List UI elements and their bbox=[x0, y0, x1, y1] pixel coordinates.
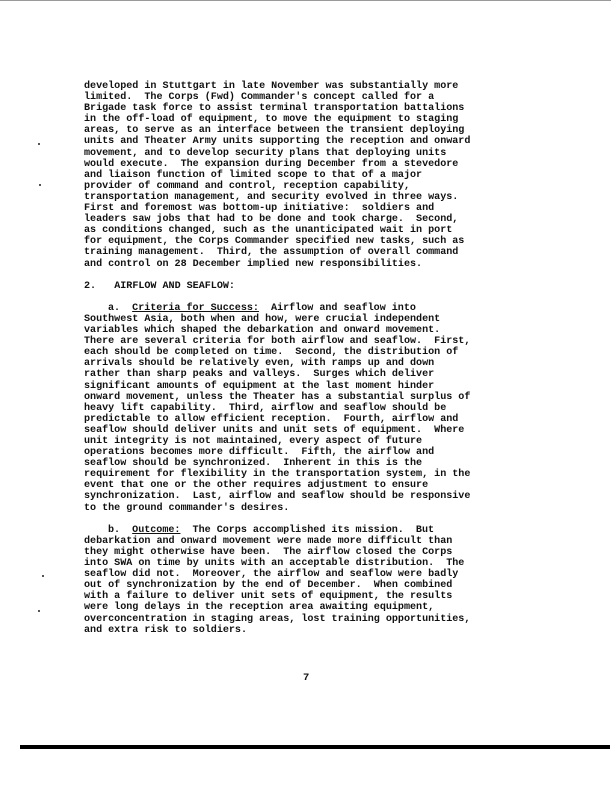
text-line: arrivals should be relatively even, with… bbox=[84, 358, 554, 369]
subsection-b-first-line: b. Outcome: The Corps accomplished its m… bbox=[84, 525, 554, 536]
text-line: debarkation and onward movement were mad… bbox=[84, 536, 554, 547]
text-line: overconcentration in staging areas, lost… bbox=[84, 614, 554, 625]
text-line: each should be completed on time. Second… bbox=[84, 347, 554, 358]
text-line: There are several criteria for both airf… bbox=[84, 336, 554, 347]
text-line: leaders saw jobs that had to be done and… bbox=[84, 214, 554, 225]
text-line: and control on 28 December implied new r… bbox=[84, 259, 554, 270]
text-line: into SWA on time by units with an accept… bbox=[84, 558, 554, 569]
text-line: out of synchronization by the end of Dec… bbox=[84, 580, 554, 591]
spacer bbox=[84, 270, 554, 281]
scan-speck bbox=[39, 184, 41, 186]
section-title: AIRFLOW AND SEAFLOW: bbox=[114, 281, 235, 292]
subsection-b-title: Outcome: bbox=[132, 525, 180, 536]
section-number: 2. bbox=[84, 281, 96, 292]
spacer bbox=[84, 514, 554, 525]
text-line: seaflow should be synchronized. Inherent… bbox=[84, 458, 554, 469]
text-line: they might otherwise have been. The airf… bbox=[84, 547, 554, 558]
text-line: seaflow should deliver units and unit se… bbox=[84, 425, 554, 436]
page-number: 7 bbox=[303, 672, 309, 684]
text-line: limited. The Corps (Fwd) Commander's con… bbox=[84, 92, 554, 103]
text-line: would execute. The expansion during Dece… bbox=[84, 159, 554, 170]
text-line: requirement for flexibility in the trans… bbox=[84, 469, 554, 480]
spacer bbox=[84, 292, 554, 303]
text-line: in the off-load of equipment, to move th… bbox=[84, 114, 554, 125]
section-heading: 2. AIRFLOW AND SEAFLOW: bbox=[84, 281, 554, 292]
subsection-a-first-line-text: Airflow and seaflow into bbox=[259, 303, 416, 314]
subsection-a-body: Southwest Asia, both when and how, were … bbox=[84, 314, 554, 514]
text-line: for equipment, the Corps Commander speci… bbox=[84, 236, 554, 247]
text-line: operations becomes more difficult. Fifth… bbox=[84, 447, 554, 458]
subsection-a: a. Criteria for Success: Airflow and sea… bbox=[84, 303, 554, 514]
text-line: developed in Stuttgart in late November … bbox=[84, 81, 554, 92]
subsection-a-letter: a. bbox=[108, 303, 120, 314]
subsection-b-first-line-text: The Corps accomplished its mission. But bbox=[180, 525, 434, 536]
scan-speck bbox=[38, 143, 40, 145]
text-line: variables which shaped the debarkation a… bbox=[84, 325, 554, 336]
text-line: predictable to allow efficient reception… bbox=[84, 414, 554, 425]
bottom-rule bbox=[20, 745, 610, 749]
intro-paragraph: developed in Stuttgart in late November … bbox=[84, 81, 554, 270]
text-line: Southwest Asia, both when and how, were … bbox=[84, 314, 554, 325]
text-line: units and Theater Army units supporting … bbox=[84, 136, 554, 147]
text-line: rather than sharp peaks and valleys. Sur… bbox=[84, 369, 554, 380]
text-line: heavy lift capability. Third, airflow an… bbox=[84, 403, 554, 414]
text-line: as conditions changed, such as the unant… bbox=[84, 225, 554, 236]
text-line: onward movement, unless the Theater has … bbox=[84, 392, 554, 403]
text-line: areas, to serve as an interface between … bbox=[84, 125, 554, 136]
text-line: significant amounts of equipment at the … bbox=[84, 381, 554, 392]
text-line: were long delays in the reception area a… bbox=[84, 602, 554, 613]
scan-speck bbox=[38, 610, 40, 612]
text-line: First and foremost was bottom-up initiat… bbox=[84, 203, 554, 214]
text-line: to the ground commander's desires. bbox=[84, 503, 554, 514]
subsection-b-body: debarkation and onward movement were mad… bbox=[84, 536, 554, 636]
subsection-a-first-line: a. Criteria for Success: Airflow and sea… bbox=[84, 303, 554, 314]
text-line: movement, and to develop security plans … bbox=[84, 148, 554, 159]
text-line: event that one or the other requires adj… bbox=[84, 480, 554, 491]
text-line: training management. Third, the assumpti… bbox=[84, 247, 554, 258]
subsection-a-title: Criteria for Success: bbox=[132, 303, 259, 314]
text-line: and extra risk to soldiers. bbox=[84, 625, 554, 636]
subsection-b: b. Outcome: The Corps accomplished its m… bbox=[84, 525, 554, 636]
text-line: Brigade task force to assist terminal tr… bbox=[84, 103, 554, 114]
text-line: and liaison function of limited scope to… bbox=[84, 170, 554, 181]
text-line: transportation management, and security … bbox=[84, 192, 554, 203]
text-line: seaflow did not. Moreover, the airflow a… bbox=[84, 569, 554, 580]
text-line: synchronization. Last, airflow and seafl… bbox=[84, 491, 554, 502]
text-line: unit integrity is not maintained, every … bbox=[84, 436, 554, 447]
subsection-b-letter: b. bbox=[108, 525, 120, 536]
scan-speck bbox=[42, 575, 44, 577]
text-line: provider of command and control, recepti… bbox=[84, 181, 554, 192]
text-line: with a failure to deliver unit sets of e… bbox=[84, 591, 554, 602]
page-body: developed in Stuttgart in late November … bbox=[84, 81, 554, 636]
top-edge-rule bbox=[0, 0, 611, 1]
